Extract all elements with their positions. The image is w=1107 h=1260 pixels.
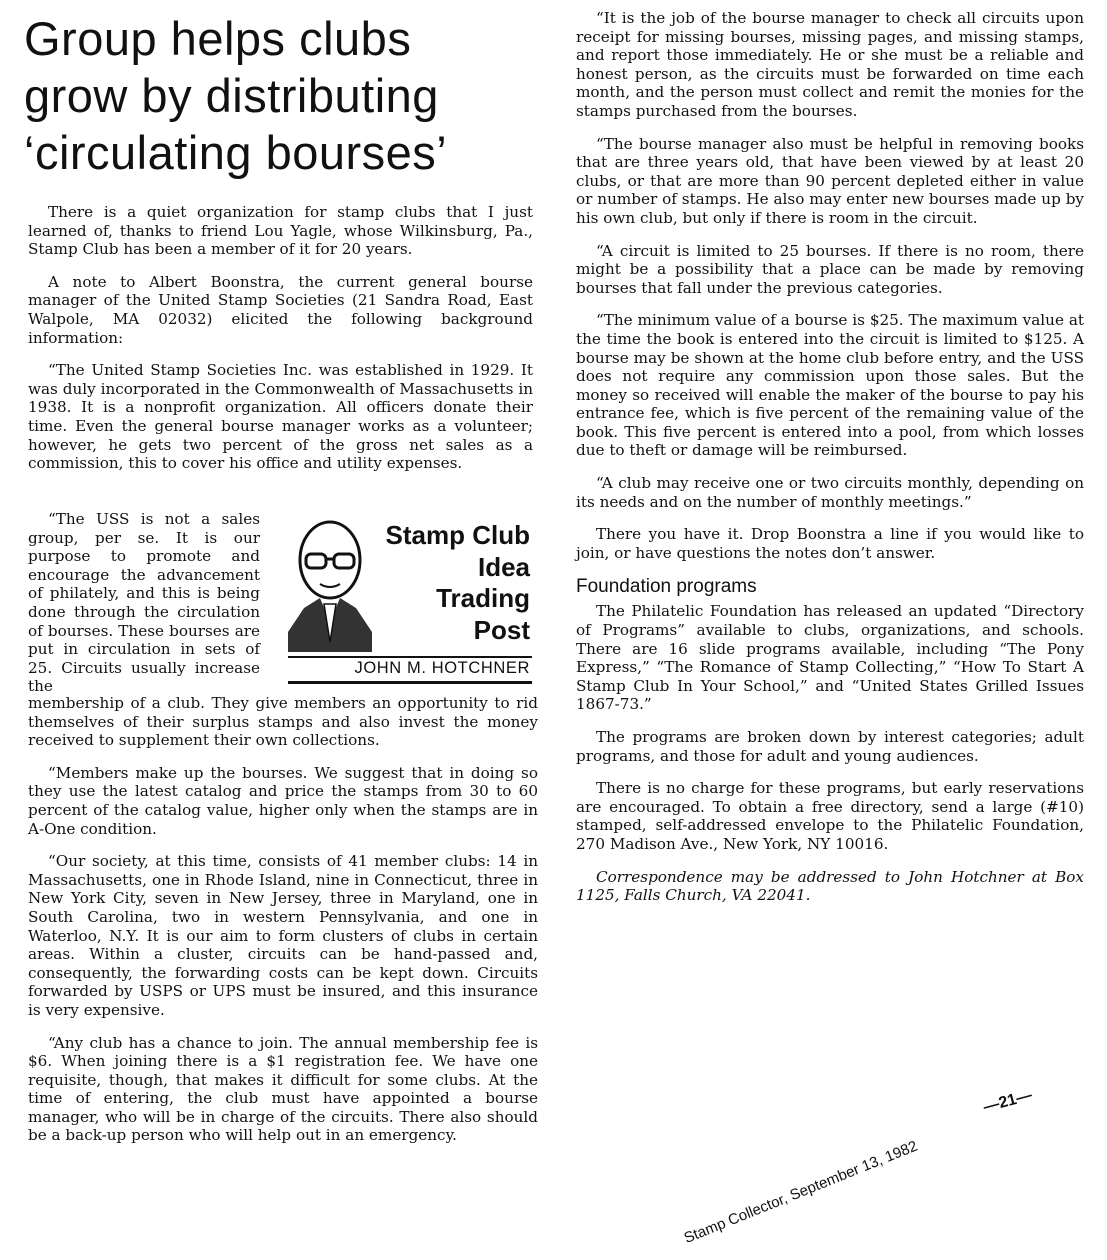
author-portrait-icon <box>284 512 376 652</box>
page-number: —21— <box>982 1087 1035 1117</box>
headline-line-1: Group helps clubs <box>24 10 524 67</box>
author-byline: JOHN M. HOTCHNER <box>354 659 530 678</box>
paragraph: “Our society, at this time, consists of … <box>28 852 538 1019</box>
correspondence-note: Correspondence may be addressed to John … <box>576 868 1084 905</box>
divider <box>288 656 532 658</box>
paragraph: “A club may receive one or two circuits … <box>576 474 1084 511</box>
paragraph: A note to Albert Boonstra, the current g… <box>28 273 533 347</box>
logo-title-line: Stamp Club <box>386 520 530 552</box>
article-headline: Group helps clubs grow by distributing ‘… <box>24 10 524 181</box>
paragraph: membership of a club. They give members … <box>28 694 538 750</box>
paragraph: “The bourse manager also must be helpful… <box>576 135 1084 228</box>
right-column: “It is the job of the bourse manager to … <box>576 9 1084 919</box>
paragraph: “The USS is not a sales group, per se. I… <box>28 510 260 696</box>
paragraph: “Members make up the bourses. We suggest… <box>28 764 538 838</box>
column-logo-title: Stamp Club Idea Trading Post <box>386 520 530 646</box>
paragraph: There is a quiet organization for stamp … <box>28 203 533 259</box>
paragraph: “The minimum value of a bourse is $25. T… <box>576 311 1084 460</box>
column-logo: Stamp Club Idea Trading Post JOHN M. HOT… <box>282 510 532 682</box>
section-subhead: Foundation programs <box>576 576 1084 598</box>
paragraph: “A circuit is limited to 25 bourses. If … <box>576 242 1084 298</box>
headline-line-2: grow by distributing <box>24 67 524 124</box>
logo-title-line: Post <box>386 615 530 647</box>
headline-line-3: ‘circulating bourses’ <box>24 124 524 181</box>
paragraph: “It is the job of the bourse manager to … <box>576 9 1084 121</box>
divider <box>288 681 532 684</box>
left-column-top: There is a quiet organization for stamp … <box>28 203 533 487</box>
left-column-wrapped-text: “The USS is not a sales group, per se. I… <box>28 510 260 710</box>
logo-title-line: Trading <box>386 583 530 615</box>
paragraph: “Any club has a chance to join. The annu… <box>28 1034 538 1146</box>
publication-source: Stamp Collector, September 13, 1982 <box>682 1138 920 1247</box>
paragraph: The programs are broken down by interest… <box>576 728 1084 765</box>
paragraph: The Philatelic Foundation has released a… <box>576 602 1084 714</box>
left-column-bottom: membership of a club. They give members … <box>28 694 538 1159</box>
paragraph: There you have it. Drop Boonstra a line … <box>576 525 1084 562</box>
paragraph: “The United Stamp Societies Inc. was est… <box>28 361 533 473</box>
logo-title-line: Idea <box>386 552 530 584</box>
paragraph: There is no charge for these programs, b… <box>576 779 1084 853</box>
